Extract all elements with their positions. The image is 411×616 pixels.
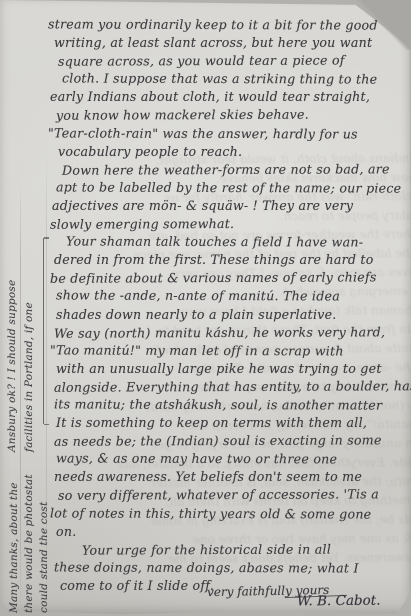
letter-line: cloth. I suppose that was a striking thi…	[48, 70, 404, 89]
letter-line: early Indians about cloth, it would tear…	[48, 88, 404, 106]
letter-line: writing, at least slant across, but here…	[48, 34, 404, 52]
letter-line: you know how mackerel skies behave.	[48, 106, 404, 126]
signature: W. B. Cabot.	[297, 593, 381, 610]
letter-line: dered in from the first. These things ar…	[48, 251, 404, 269]
letter-line: slowly emerging somewhat.	[48, 214, 404, 234]
letter-line: "Tao manitú!" my man let off in a scrap …	[48, 341, 404, 360]
letter-line: stream you ordinarily keep to it a bit f…	[48, 15, 404, 34]
margin-note-lower: Many thanks, about the there would be ph…	[7, 435, 52, 613]
letter-line: "Tear-cloth-rain" was the answer, hardly…	[48, 124, 404, 143]
letter-line: with an unusually large pike he was tryi…	[48, 360, 404, 378]
letter-line: as needs be; the (Indian) soul is exacti…	[48, 431, 404, 451]
letter-line: square across, as you would tear a piece…	[48, 51, 404, 71]
letter-line: lot of notes in this, thirty years old &…	[48, 504, 404, 523]
letter-line: Your shaman talk touches a field I have …	[48, 233, 404, 252]
margin-note-upper: Ansbury ok? ! I should suppose facilitie…	[4, 194, 38, 452]
letter-line: We say (north) manitu káshu, he works ve…	[48, 323, 404, 343]
letter-line: shades down nearly to a plain superlativ…	[48, 306, 404, 324]
margin-note-line: Many thanks, about the	[7, 435, 22, 613]
letter-body: stream you ordinarily keep to it a bit f…	[48, 16, 404, 595]
letter-line: show the -ande, n-ante of manitú. The id…	[48, 287, 404, 306]
margin-note-line: there would be photostat	[22, 435, 37, 613]
margin-note-line: Ansbury ok? ! I should suppose	[4, 194, 21, 452]
letter-line: Your urge for the historical side in all	[48, 540, 404, 560]
letter-line: be definite about & various names of ear…	[48, 269, 404, 289]
letter-line: on.	[48, 523, 404, 541]
letter-line: needs awareness. Yet beliefs don't seem …	[48, 468, 404, 486]
letter-line: alongside. Everything that has entity, t…	[48, 377, 404, 397]
margin-note-line: facilities in Portland, if one	[21, 194, 38, 452]
letter-line: Down here the weather-forms are not so b…	[48, 160, 404, 180]
letter-line: It is something to keep on terms with th…	[48, 414, 404, 432]
letter-line: ways, & as one may have two or three one	[48, 450, 404, 469]
letter-line: so very different, whatever of accessori…	[48, 486, 404, 506]
letter-line: vocabulary people to reach.	[48, 143, 404, 161]
letter-line: adjectives are mön- & squäw- ! They are …	[48, 197, 404, 215]
letter-line: these doings, name doings, abases me; wh…	[48, 558, 404, 577]
letter-line: apt to be labelled by the rest of the na…	[48, 178, 404, 197]
letter-line: its manitu; the atshákush, soul, is anot…	[48, 395, 404, 414]
